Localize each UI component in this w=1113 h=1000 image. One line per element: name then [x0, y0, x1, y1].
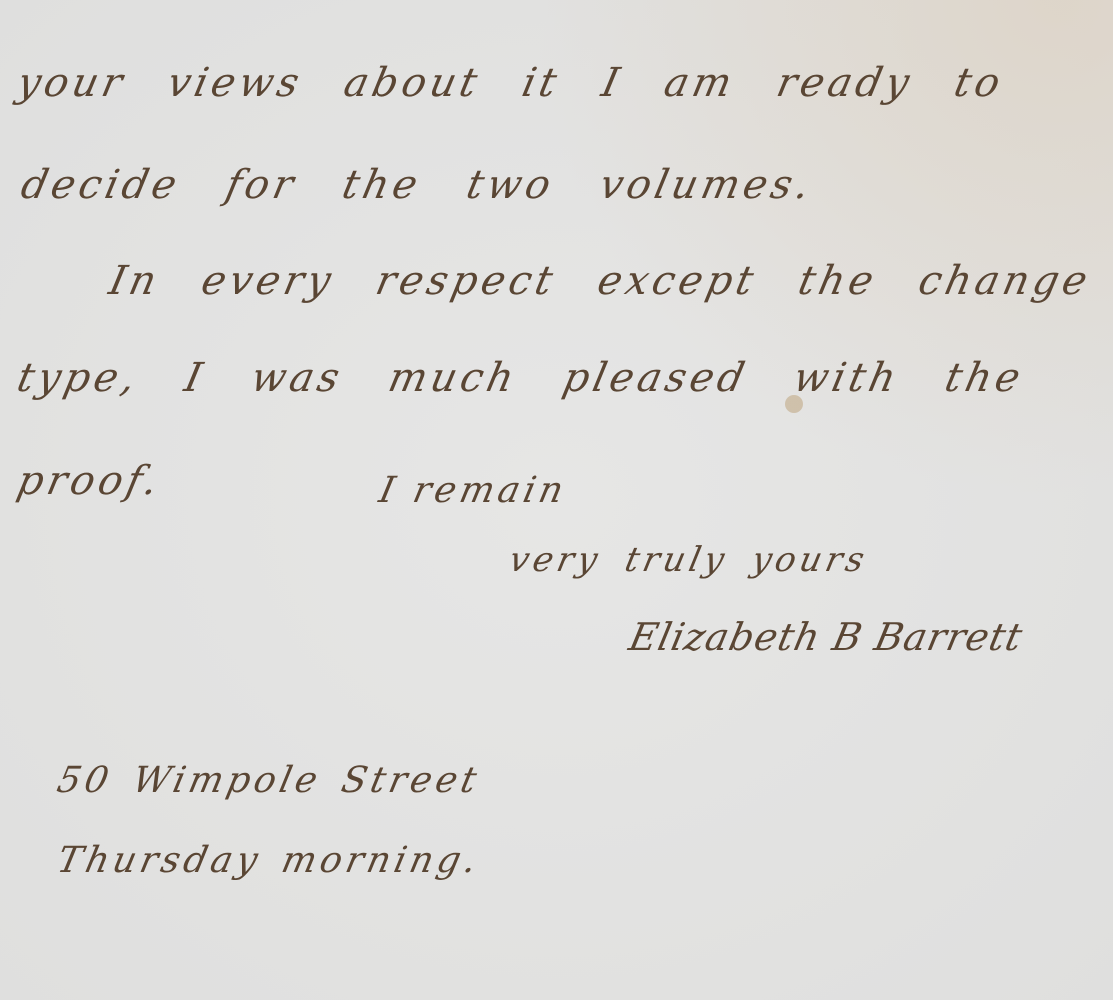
ink-stain: [785, 395, 803, 413]
body-line-4: type, I was much pleased with the: [13, 355, 1028, 401]
closing-line-2: very truly yours: [506, 540, 872, 580]
body-line-1: your views about it I am ready to: [13, 60, 1008, 106]
body-line-3: In every respect except the change of: [105, 258, 1113, 304]
address-street: 50 Wimpole Street: [54, 760, 484, 801]
address-day: Thursday morning.: [54, 840, 484, 881]
closing-line-1: I remain: [376, 470, 571, 511]
letter-page: your views about it I am ready to decide…: [0, 0, 1113, 1000]
body-line-5: proof.: [13, 458, 166, 504]
body-line-2: decide for the two volumes.: [17, 162, 817, 208]
signature: Elizabeth B Barrett: [625, 615, 1027, 659]
